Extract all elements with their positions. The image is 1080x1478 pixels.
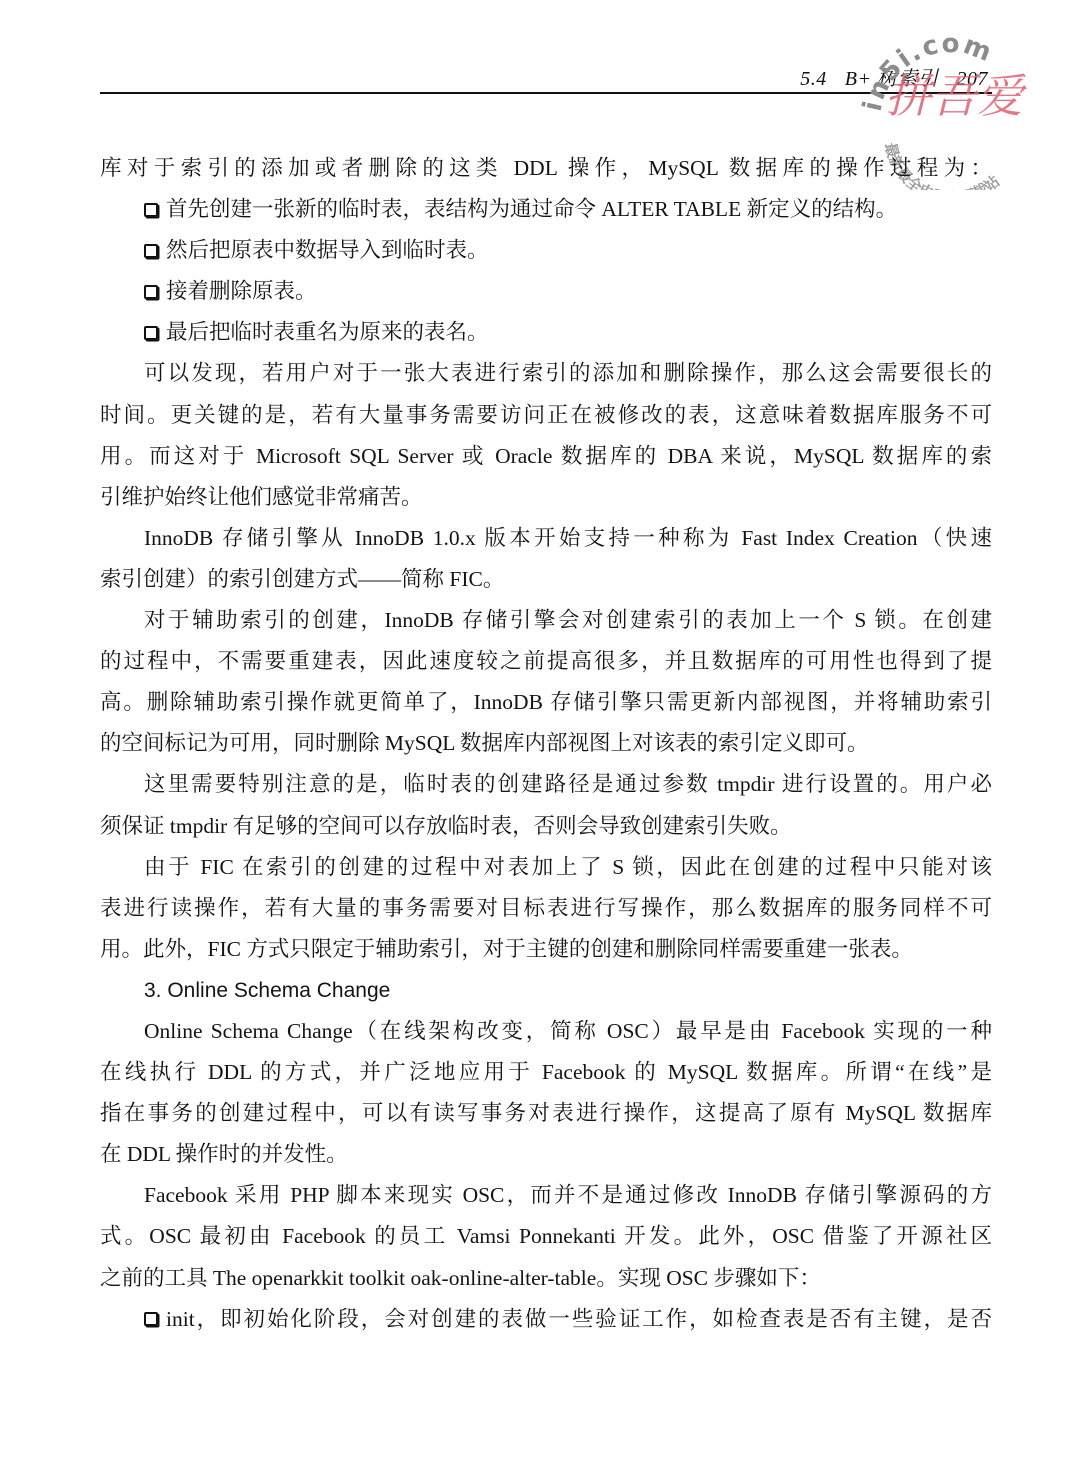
paragraph-last-line: 之前的工具 The openarkkit toolkit oak-online-… xyxy=(100,1258,992,1299)
line-text: 的空间标记为可用，同时删除 MySQL 数据库内部视图上对该表的索引定义即可。 xyxy=(100,731,868,755)
checkbox-bullet-icon xyxy=(144,203,158,217)
line-text: 指在事务的创建过程中，可以有读写事务对表进行操作，这提高了原有 MySQL 数据… xyxy=(100,1093,992,1134)
line-text: init，即初始化阶段，会对创建的表做一些验证工作，如检查表是否有主键，是否 xyxy=(166,1299,992,1340)
line-text: 在 DDL 操作时的并发性。 xyxy=(100,1142,348,1166)
paragraph-line: 用。而这对于 Microsoft SQL Server 或 Oracle 数据库… xyxy=(100,436,992,477)
line-text: 可以发现，若用户对于一张大表进行索引的添加和删除操作，那么这会需要很长的 xyxy=(144,353,992,394)
header-rule xyxy=(100,92,992,94)
checkbox-bullet-icon xyxy=(144,326,158,340)
bullet-item: 然后把原表中数据导入到临时表。 xyxy=(100,230,992,271)
line-text: 引维护始终让他们感觉非常痛苦。 xyxy=(100,485,423,509)
line-text: 对于辅助索引的创建，InnoDB 存储引擎会对创建索引的表加上一个 S 锁。在创… xyxy=(144,600,992,641)
line-text: 时间。更关键的是，若有大量事务需要访问正在被修改的表，这意味着数据库服务不可 xyxy=(100,395,992,436)
line-text: 3. Online Schema Change xyxy=(144,979,390,1002)
paragraph-first-line: 这里需要特别注意的是，临时表的创建路径是通过参数 tmpdir 进行设置的。用户… xyxy=(100,764,992,805)
paragraph-last-line: 的空间标记为可用，同时删除 MySQL 数据库内部视图上对该表的索引定义即可。 xyxy=(100,723,992,764)
line-text: 式。OSC 最初由 Facebook 的员工 Vamsi Ponnekanti … xyxy=(100,1216,992,1257)
section-title: B+ 树索引 xyxy=(845,68,939,90)
paragraph-line: 的过程中，不需要重建表，因此速度较之前提高很多，并且数据库的可用性也得到了提 xyxy=(100,641,992,682)
line-text: 用。此外，FIC 方式只限定于辅助索引，对于主键的创建和删除同样需要重建一张表。 xyxy=(100,937,913,961)
line-text: 的过程中，不需要重建表，因此速度较之前提高很多，并且数据库的可用性也得到了提 xyxy=(100,641,992,682)
line-text: InnoDB 存储引擎从 InnoDB 1.0.x 版本开始支持一种称为 Fas… xyxy=(144,518,992,559)
paragraph-line: 指在事务的创建过程中，可以有读写事务对表进行操作，这提高了原有 MySQL 数据… xyxy=(100,1093,992,1134)
paragraph-first-line: Online Schema Change（在线架构改变，简称 OSC）最早是由 … xyxy=(100,1011,992,1052)
line-text: 表进行读操作，若有大量的事务需要对目标表进行写操作，那么数据库的服务同样不可 xyxy=(100,888,992,929)
line-text: 然后把原表中数据导入到临时表。 xyxy=(166,238,489,262)
bullet-item: 最后把临时表重名为原来的表名。 xyxy=(100,312,992,353)
line-text: 在线执行 DDL 的方式，并广泛地应用于 Facebook 的 MySQL 数据… xyxy=(100,1052,992,1093)
line-text: 接着删除原表。 xyxy=(166,279,317,303)
line-text: 由于 FIC 在索引的创建的过程中对表加上了 S 锁，因此在创建的过程中只能对该 xyxy=(144,847,992,888)
line-text: 索引创建）的索引创建方式——简称 FIC。 xyxy=(100,567,504,591)
paragraph-line: 式。OSC 最初由 Facebook 的员工 Vamsi Ponnekanti … xyxy=(100,1216,992,1257)
line-text: 须保证 tmpdir 有足够的空间可以存放临时表，否则会导致创建索引失败。 xyxy=(100,814,792,838)
running-head: 5.4B+ 树索引207 xyxy=(782,62,988,91)
paragraph-first-line: 可以发现，若用户对于一张大表进行索引的添加和删除操作，那么这会需要很长的 xyxy=(100,353,992,394)
paragraph-line: 表进行读操作，若有大量的事务需要对目标表进行写操作，那么数据库的服务同样不可 xyxy=(100,888,992,929)
line-text: 高。删除辅助索引操作就更简单了，InnoDB 存储引擎只需更新内部视图，并将辅助… xyxy=(100,682,992,723)
paragraph-last-line: 索引创建）的索引创建方式——简称 FIC。 xyxy=(100,559,992,600)
paragraph-line: 在线执行 DDL 的方式，并广泛地应用于 Facebook 的 MySQL 数据… xyxy=(100,1052,992,1093)
paragraph-line: 时间。更关键的是，若有大量事务需要访问正在被修改的表，这意味着数据库服务不可 xyxy=(100,395,992,436)
checkbox-bullet-icon xyxy=(144,1312,158,1326)
paragraph-line: 库对于索引的添加或者删除的这类 DDL 操作，MySQL 数据库的操作过程为： xyxy=(100,148,992,189)
body-text: 库对于索引的添加或者删除的这类 DDL 操作，MySQL 数据库的操作过程为：首… xyxy=(100,148,992,1340)
paragraph-last-line: 引维护始终让他们感觉非常痛苦。 xyxy=(100,477,992,518)
line-text: 库对于索引的添加或者删除的这类 DDL 操作，MySQL 数据库的操作过程为： xyxy=(100,148,992,189)
paragraph-first-line: InnoDB 存储引擎从 InnoDB 1.0.x 版本开始支持一种称为 Fas… xyxy=(100,518,992,559)
page-number: 207 xyxy=(957,68,989,90)
line-text: Online Schema Change（在线架构改变，简称 OSC）最早是由 … xyxy=(144,1011,992,1052)
paragraph-last-line: 在 DDL 操作时的并发性。 xyxy=(100,1134,992,1175)
line-text: 首先创建一张新的临时表，表结构为通过命令 ALTER TABLE 新定义的结构。 xyxy=(166,197,897,221)
checkbox-bullet-icon xyxy=(144,285,158,299)
paragraph-first-line: 由于 FIC 在索引的创建的过程中对表加上了 S 锁，因此在创建的过程中只能对该 xyxy=(100,847,992,888)
line-text: 这里需要特别注意的是，临时表的创建路径是通过参数 tmpdir 进行设置的。用户… xyxy=(144,764,992,805)
line-text: 最后把临时表重名为原来的表名。 xyxy=(166,320,489,344)
bullet-item: 首先创建一张新的临时表，表结构为通过命令 ALTER TABLE 新定义的结构。 xyxy=(100,189,992,230)
paragraph-last-line: 须保证 tmpdir 有足够的空间可以存放临时表，否则会导致创建索引失败。 xyxy=(100,806,992,847)
book-page: 5.4B+ 树索引207 in5i.com 拼吾爱 最新最全电子书下载站 库对于… xyxy=(0,0,1080,1478)
paragraph-line: 高。删除辅助索引操作就更简单了，InnoDB 存储引擎只需更新内部视图，并将辅助… xyxy=(100,682,992,723)
line-text: Facebook 采用 PHP 脚本来现实 OSC，而并不是通过修改 InnoD… xyxy=(144,1175,992,1216)
paragraph-first-line: 对于辅助索引的创建，InnoDB 存储引擎会对创建索引的表加上一个 S 锁。在创… xyxy=(100,600,992,641)
checkbox-bullet-icon xyxy=(144,244,158,258)
bullet-item: 接着删除原表。 xyxy=(100,271,992,312)
line-text: 之前的工具 The openarkkit toolkit oak-online-… xyxy=(100,1266,821,1290)
bullet-item: init，即初始化阶段，会对创建的表做一些验证工作，如检查表是否有主键，是否 xyxy=(100,1299,992,1340)
paragraph-last-line: 用。此外，FIC 方式只限定于辅助索引，对于主键的创建和删除同样需要重建一张表。 xyxy=(100,929,992,970)
paragraph-first-line: Facebook 采用 PHP 脚本来现实 OSC，而并不是通过修改 InnoD… xyxy=(100,1175,992,1216)
section-number: 5.4 xyxy=(800,68,827,90)
section-heading: 3. Online Schema Change xyxy=(100,970,992,1011)
line-text: 用。而这对于 Microsoft SQL Server 或 Oracle 数据库… xyxy=(100,436,992,477)
